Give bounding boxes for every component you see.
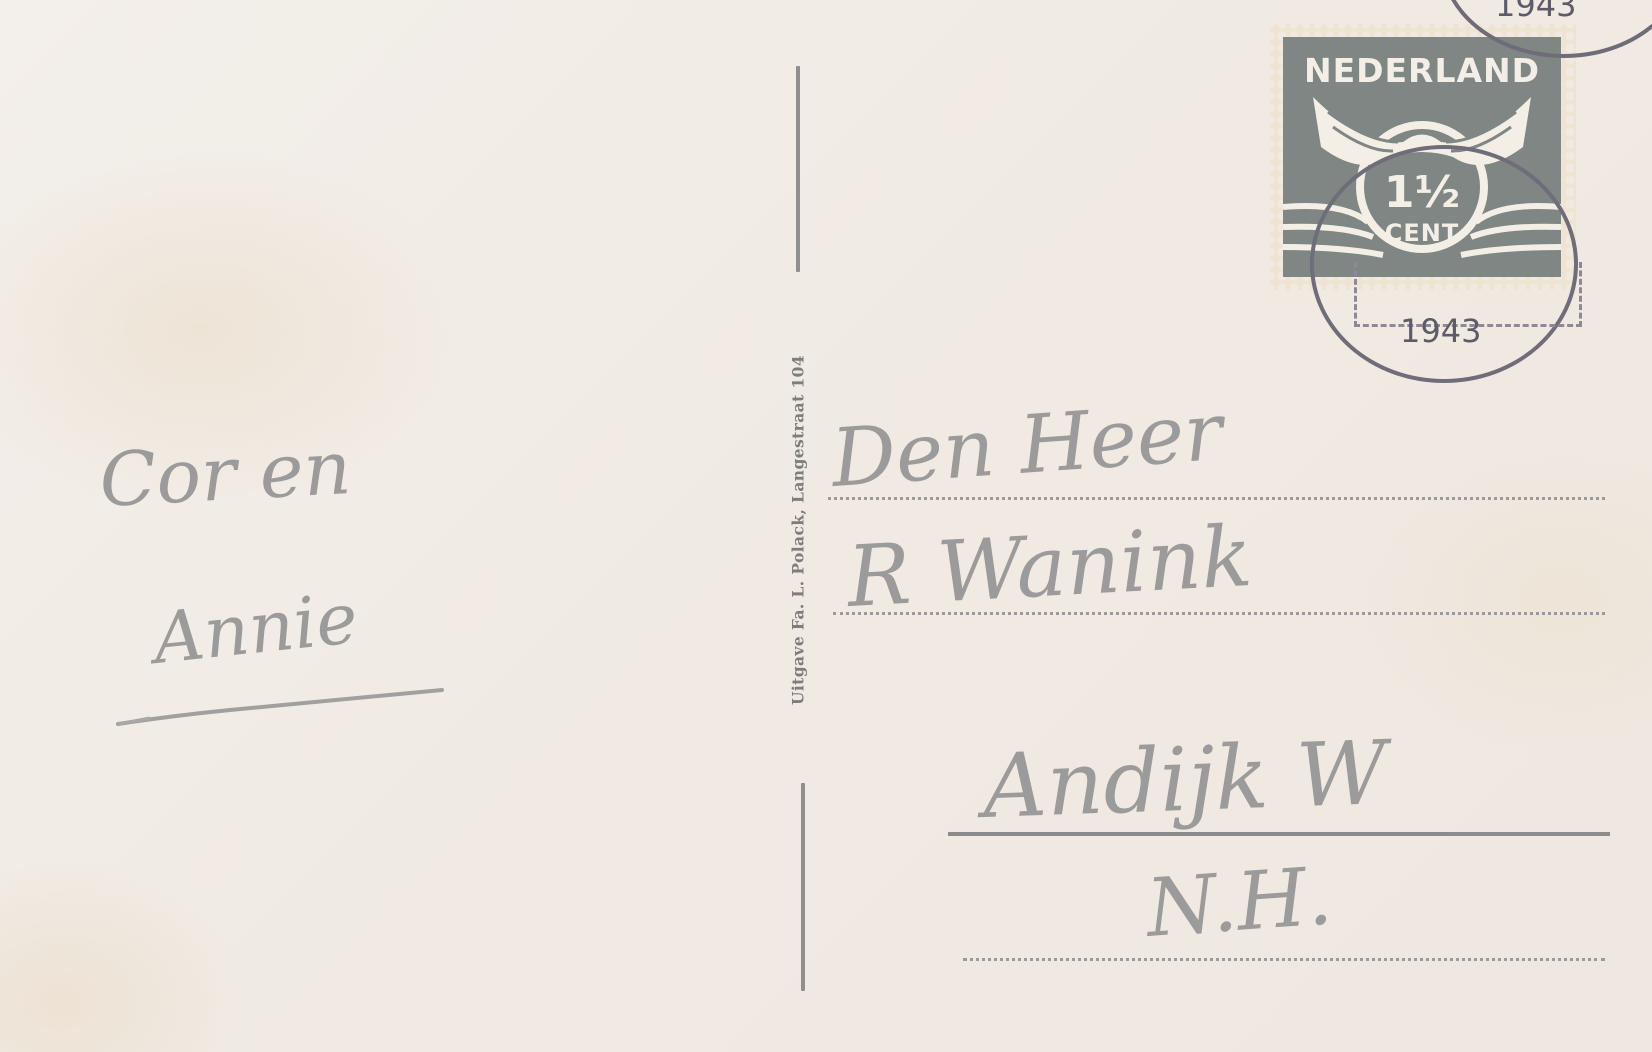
divider-bottom	[801, 783, 805, 991]
address-town: Andijk W	[981, 721, 1388, 838]
publisher-imprint: Uitgave Fa. L. Polack, Langestraat 104	[789, 355, 808, 705]
postmark-stamp-year: 1943	[1400, 312, 1481, 350]
postmark-top-year: 1943	[1495, 0, 1576, 24]
signature-underline	[110, 680, 450, 730]
address-province: N.H.	[1144, 849, 1336, 955]
message-line-1: Cor en	[97, 425, 353, 524]
address-line-4	[963, 958, 1605, 961]
divider-top	[796, 66, 800, 272]
stamp-country: NEDERLAND	[1283, 51, 1561, 90]
address-line-1	[828, 497, 1605, 500]
